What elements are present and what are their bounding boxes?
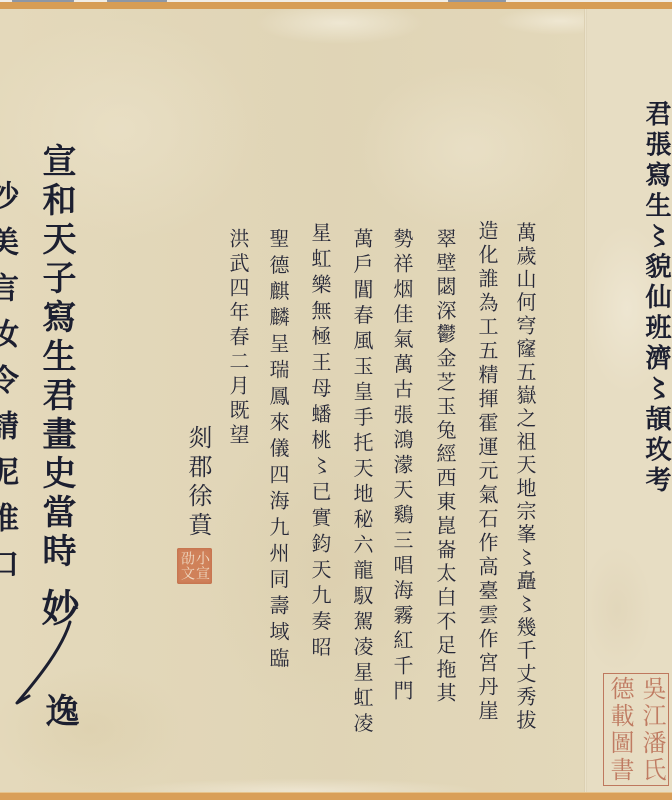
partial-cursive-column: 沙美言汝令請泥淮口	[0, 180, 15, 594]
poem-column-4: 勢祥烟佳氣萬古張鴻濛天鷄三唱海霧紅千門	[392, 228, 412, 705]
cursive-inscription-char-miao: 妙	[38, 588, 76, 626]
poem-column-5: 萬戶閶春風玉皇手托天地秘六龍馭駕凌星虹凌	[352, 228, 372, 738]
collector-seal: 吳江潘氏 德載圖書	[603, 673, 669, 786]
poem-date-line: 洪武四年春二月既望	[228, 228, 248, 449]
artist-seal-right-text: 小宣	[195, 551, 209, 581]
artist-seal-left-text: 劭文	[180, 551, 194, 581]
paper-sheet	[0, 9, 672, 792]
cursive-inscription-column: 宣和天子寫生君畫史當時	[39, 143, 73, 572]
poem-column-6: 星虹樂無極王母蟠桃〻已實鈞天九奏昭	[310, 222, 330, 662]
scroll-bottom-border	[0, 792, 672, 800]
paper-seam	[584, 9, 587, 792]
poem-column-7: 聖德麒麟呈瑞鳳來儀四海九州同壽域臨	[268, 228, 288, 673]
artist-seal: 小宣 劭文	[177, 548, 212, 584]
collector-seal-left-text: 德載圖書	[608, 676, 632, 784]
poem-column-2: 造化誰為工五精揮霍運元氣石作高臺雲作宮丹崖	[477, 220, 497, 724]
cursive-inscription-char-yi: 逸	[42, 693, 76, 727]
poem-signature: 剡郡徐賁	[186, 425, 210, 541]
poem-column-3: 翠壁閟深鬱金芝玉兔經西東崑崙太白不足拖其	[435, 228, 455, 706]
right-cursive-inscription: 君張寫生〻貌仙班濟〻頡玫考	[643, 100, 669, 497]
scroll-top-border	[0, 2, 672, 9]
collector-seal-right-text: 吳江潘氏	[640, 676, 664, 784]
poem-column-1: 萬歲山何穹窿五嶽之祖天地宗峯〻矗〻幾千丈秀拔	[515, 222, 535, 732]
